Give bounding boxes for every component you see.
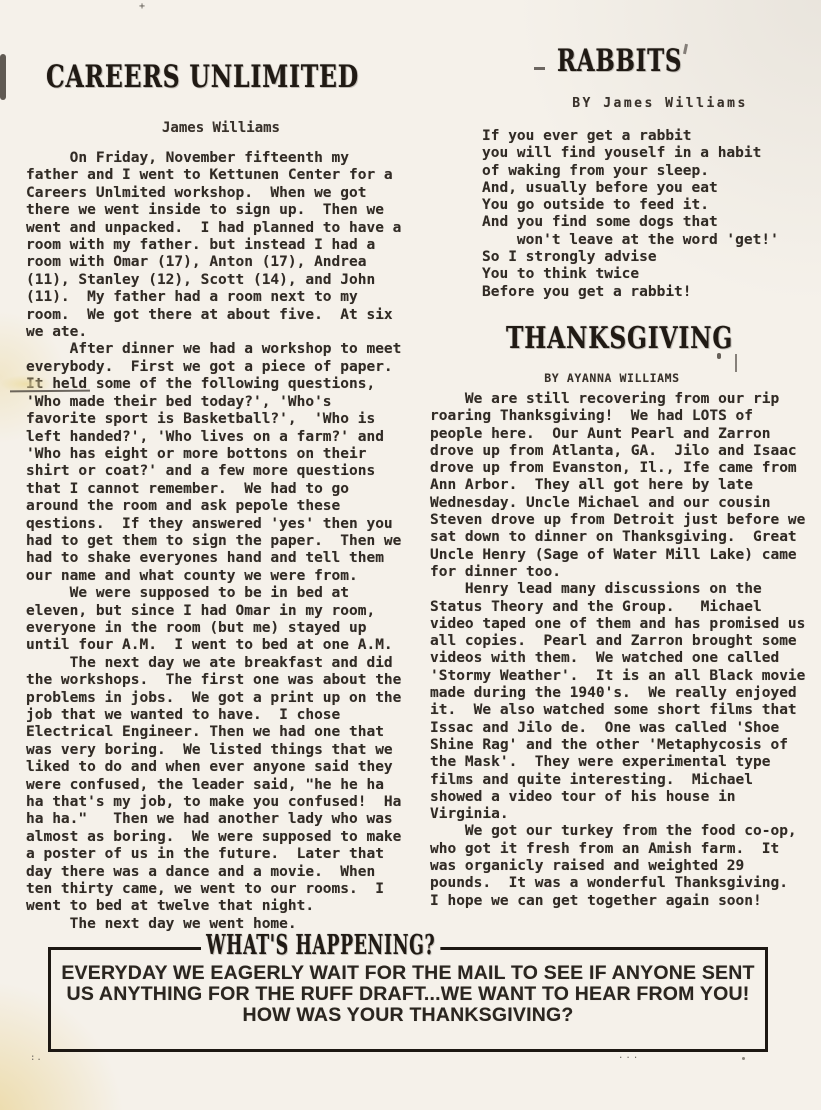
scan-edge-blob	[0, 54, 6, 100]
careers-article-header: CAREERS UNLIMITED	[46, 60, 458, 94]
whats-happening-box: WHAT'S HAPPENING? EVERYDAY WE EAGERLY WA…	[48, 947, 768, 1052]
careers-title: CAREERS UNLIMITED	[46, 60, 359, 94]
careers-byline: James Williams	[26, 120, 416, 136]
thanksgiving-title: THANKSGIVING	[506, 322, 733, 356]
rabbits-byline: BY James Williams	[470, 96, 821, 111]
thanksgiving-body-text: We are still recovering from our rip roa…	[430, 391, 805, 910]
scan-tick-mark-2	[735, 354, 737, 372]
rabbits-title: RABBITS	[557, 44, 682, 78]
whats-happening-title: WHAT'S HAPPENING?	[201, 930, 440, 961]
newsletter-page: CAREERS UNLIMITED James Williams On Frid…	[0, 0, 821, 1110]
scan-plus-mark: +	[139, 1, 148, 10]
careers-body-text: On Friday, November fifteenth my father …	[26, 150, 416, 933]
scan-speck-3	[742, 1057, 745, 1060]
rabbits-poem-text: If you ever get a rabbit you will find y…	[482, 128, 779, 301]
whats-happening-text: EVERYDAY WE EAGERLY WAIT FOR THE MAIL TO…	[51, 963, 765, 1026]
scan-specks: :.	[30, 1053, 43, 1063]
rabbits-article-header: RABBITS	[430, 44, 810, 78]
thanksgiving-article-header: THANKSGIVING	[430, 322, 810, 356]
thanksgiving-byline: BY AYANNA WILLIAMS	[422, 371, 802, 385]
scan-specks-2: ...	[618, 1051, 640, 1061]
